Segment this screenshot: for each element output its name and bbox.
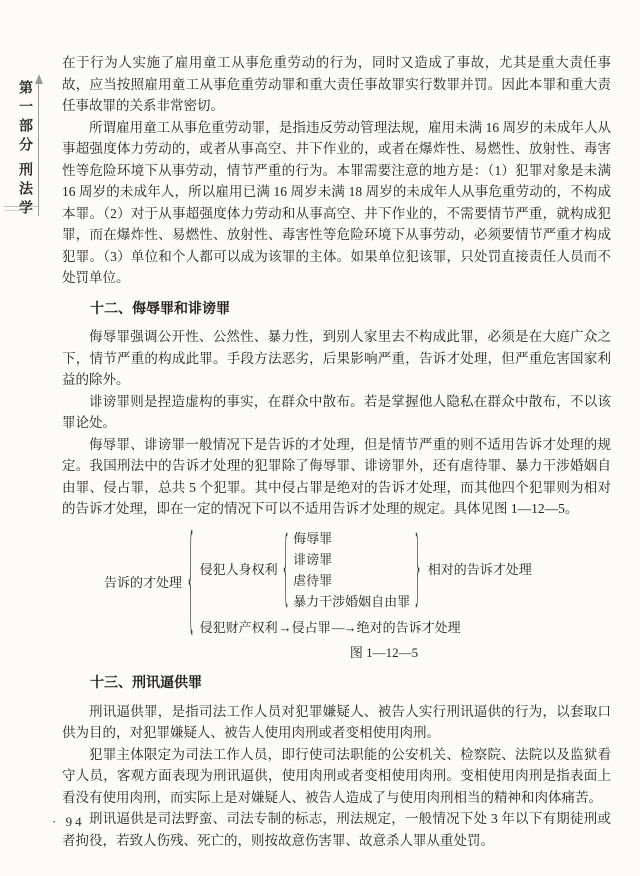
page-body: 在于行为人实施了雇用童工从事危重劳动的行为，同时又造成了事故，尤其是重大责任事故… (62, 52, 611, 851)
absolute-prosecution-label: 绝对的告诉才处理 (357, 617, 461, 638)
right-brace-personal: } (414, 529, 423, 610)
figure-caption: 图 1—12—5 (234, 642, 534, 664)
part-label: 第一部分 (16, 80, 36, 156)
up-arrow-icon (35, 74, 43, 84)
left-brace-personal: { (281, 529, 290, 610)
crime-insult: 侮辱罪 (293, 528, 410, 549)
paragraph-defamation-crime: 诽谤罪则是捏造虚构的事实，在群众中散布。若是掌握他人隐私在群众中散布，不以该罪论… (62, 391, 611, 434)
branch-personal-label: 侵犯人身权利 (200, 559, 278, 580)
branch-property-label: 侵犯财产权利 (200, 617, 278, 638)
paragraph-childlabor-definition: 所谓雇用童工从事危重劳动罪，是指违反劳动管理法规，雇用未满 16 周岁的未成年人… (62, 117, 611, 289)
paragraph-private-prosecution: 侮辱罪、诽谤罪一般情况下是告诉的才处理，但是情节严重的则不适用告诉才处理的规定。… (62, 434, 611, 520)
crime-marriage-interference: 暴力干涉婚姻自由罪 (293, 591, 410, 612)
crime-embezzlement: 侵占罪 (292, 617, 331, 638)
diagram-root-label: 告诉的才处理 (104, 572, 182, 593)
short-arrow-icon: → (279, 617, 291, 638)
section-heading-12: 十二、侮辱罪和诽谤罪 (62, 299, 611, 321)
crime-defamation: 诽谤罪 (293, 549, 410, 570)
book-page: 第一部分 刑法学 在于行为人实施了雇用童工从事危重劳动的行为，同时又造成了事故，… (0, 0, 640, 876)
paragraph-insult-crime: 侮辱罪强调公开性、公然性、暴力性，到别人家里去不构成此罪，必须是在大庭广众之下，… (62, 326, 611, 391)
left-brace-root: { (186, 526, 195, 640)
personal-crimes-list: 侮辱罪 诽谤罪 虐待罪 暴力干涉婚姻自由罪 (293, 528, 410, 612)
paragraph-torture-penalty: 刑讯逼供是司法野蛮、司法专制的标志，刑法规定，一般情况下处 3 年以下有期徒刑或… (62, 808, 611, 851)
figure-1-12-5: 告诉的才处理 { 侵犯人身权利 { 侮辱罪 诽谤罪 虐待罪 暴力干涉婚姻自由罪 … (62, 528, 611, 664)
prosecution-diagram: 告诉的才处理 { 侵犯人身权利 { 侮辱罪 诽谤罪 虐待罪 暴力干涉婚姻自由罪 … (104, 528, 611, 638)
subject-label: 刑法学 (16, 162, 36, 219)
relative-prosecution-label: 相对的告诉才处理 (428, 559, 532, 580)
part-sidebar: 第一部分 刑法学 (0, 0, 56, 560)
sidebar-rule (38, 84, 39, 216)
crime-abuse: 虐待罪 (293, 570, 410, 591)
long-arrow-icon: —→ (332, 617, 356, 638)
section-heading-13: 十三、刑讯逼供罪 (62, 673, 611, 695)
paragraph-torture-definition: 刑讯逼供罪，是指司法工作人员对犯罪嫌疑人、被告人实行刑讯逼供的行为，以套取口供为… (62, 701, 611, 744)
branch-personal-rights: 侵犯人身权利 { 侮辱罪 诽谤罪 虐待罪 暴力干涉婚姻自由罪 } 相对的告诉才处… (200, 528, 532, 612)
diagram-branches: 侵犯人身权利 { 侮辱罪 诽谤罪 虐待罪 暴力干涉婚姻自由罪 } 相对的告诉才处… (200, 528, 532, 638)
page-number: · 94 · (52, 814, 98, 830)
paragraph-childlabor-continuation: 在于行为人实施了雇用童工从事危重劳动的行为，同时又造成了事故，尤其是重大责任事故… (62, 52, 611, 117)
branch-property-rights: 侵犯财产权利 → 侵占罪 —→ 绝对的告诉才处理 (200, 617, 532, 638)
paragraph-torture-subject: 犯罪主体限定为司法工作人员，即行使司法职能的公安机关、检察院、法院以及监狱看守人… (62, 744, 611, 809)
